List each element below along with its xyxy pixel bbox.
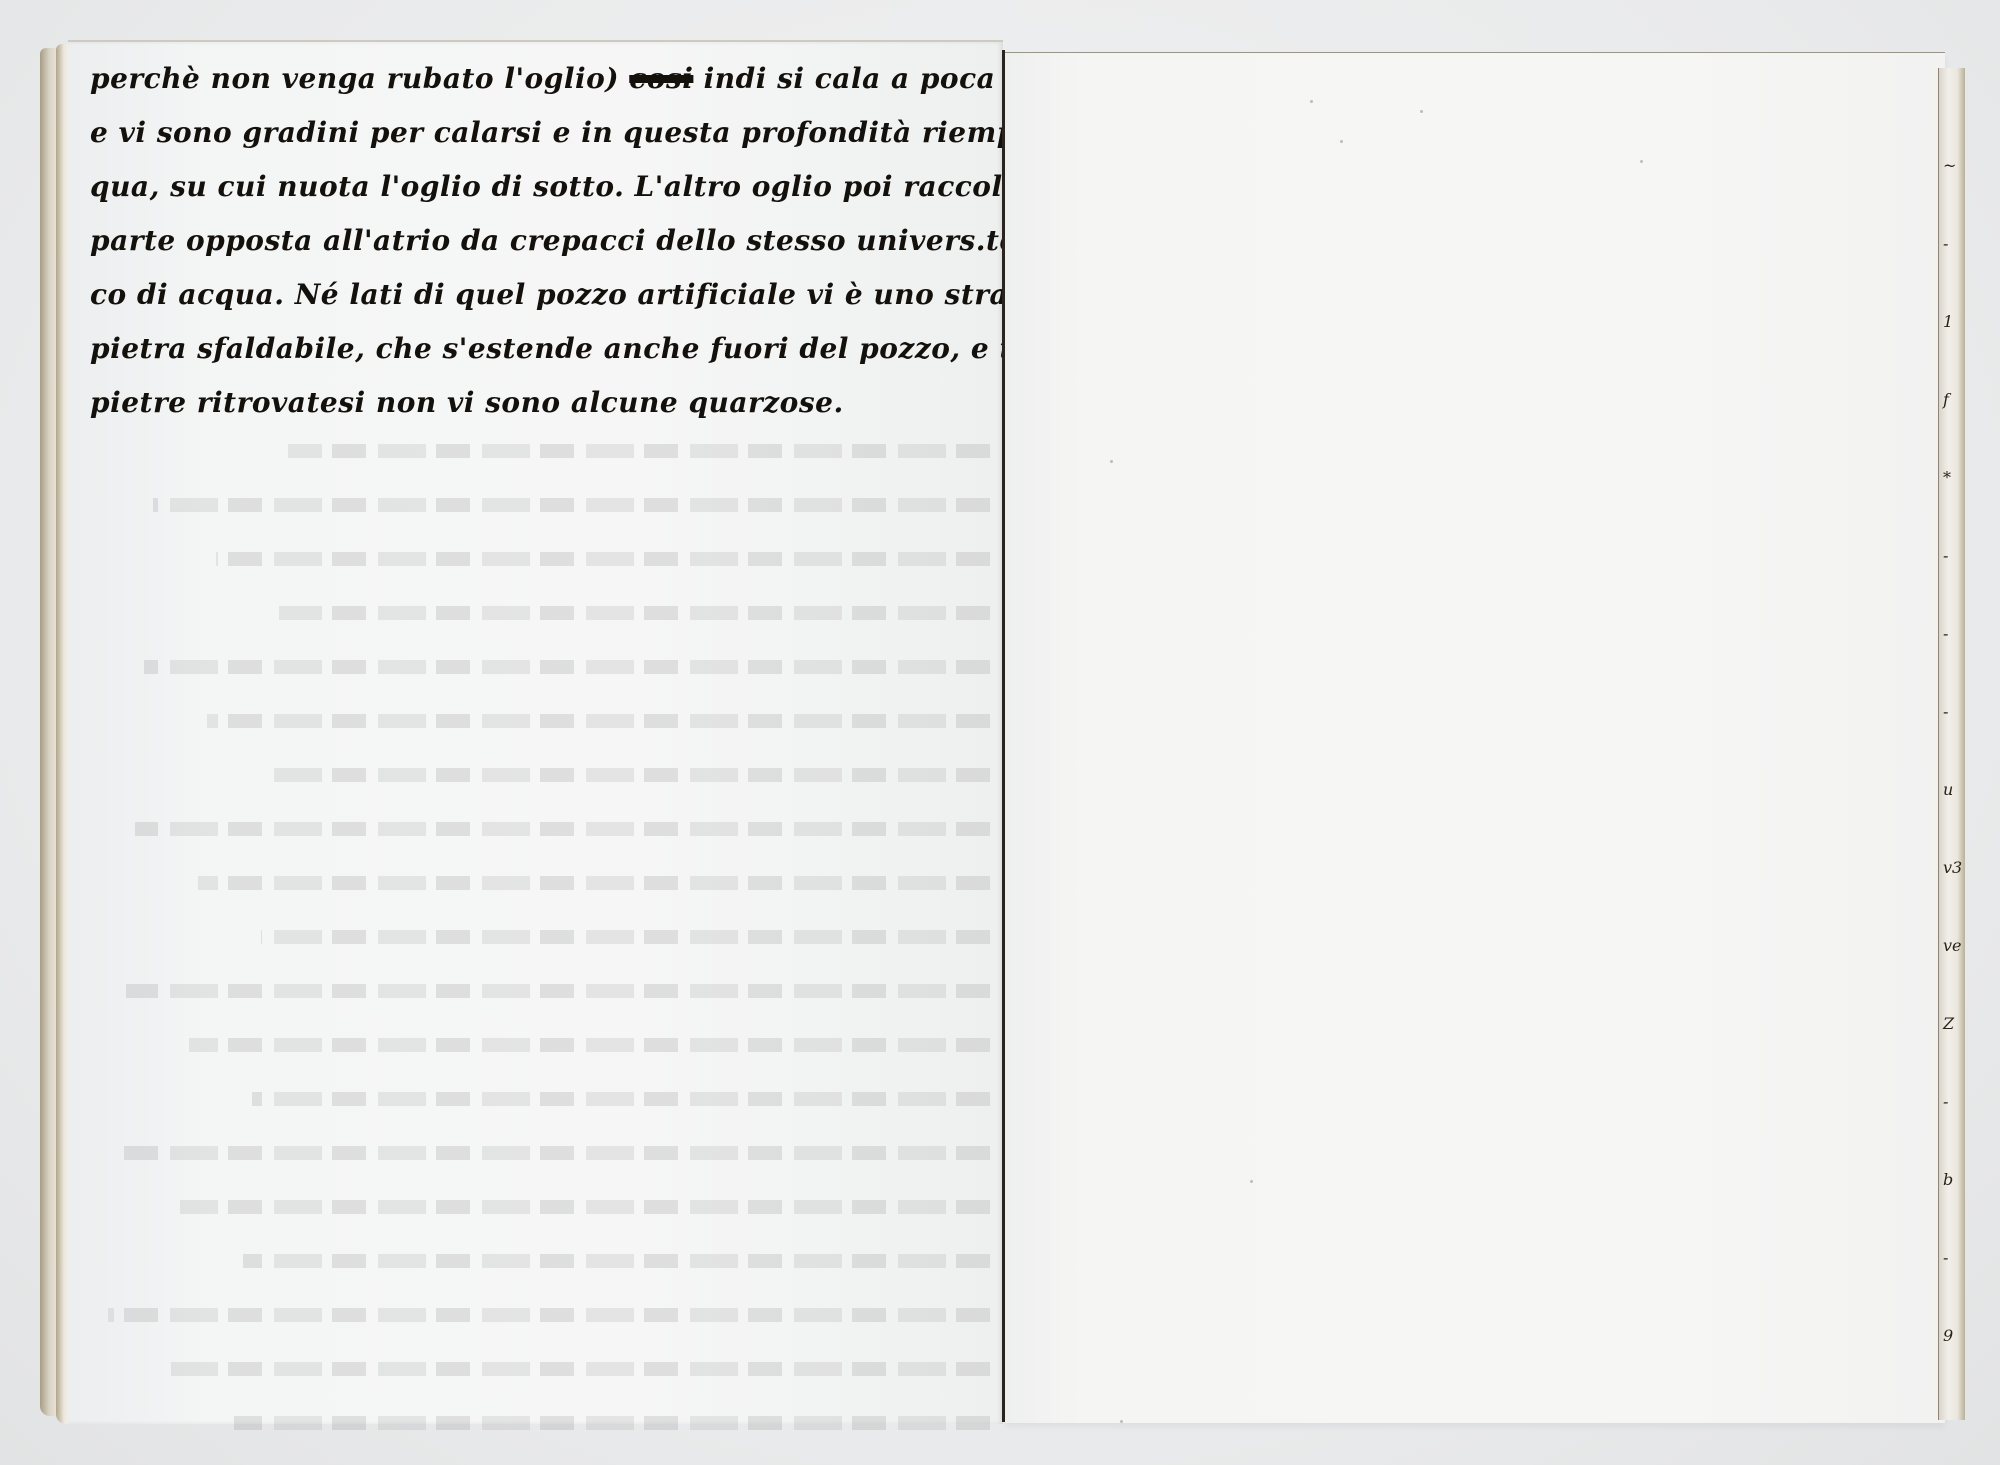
- bleed-through-text: [90, 420, 990, 1446]
- bleed-through-line: [261, 906, 990, 960]
- stub-mark: 9: [1943, 1328, 1953, 1344]
- struck-word: cosi: [629, 62, 693, 95]
- stub-mark: -: [1943, 548, 1948, 564]
- bleed-through-line: [189, 1014, 990, 1068]
- bleed-through-line: [153, 474, 990, 528]
- line-1-text: perchè non venga rubato l'oglio): [90, 62, 619, 95]
- manuscript-text: perchè non venga rubato l'oglio) cosi in…: [90, 52, 1010, 430]
- stub-mark: u: [1943, 782, 1953, 798]
- bleed-through-line: [117, 1122, 990, 1176]
- manuscript-line-5: co di acqua. Né lati di quel pozzo artif…: [90, 268, 1010, 322]
- manuscript-line-1: perchè non venga rubato l'oglio) cosi in…: [90, 52, 1010, 106]
- bleed-through-line: [135, 798, 990, 852]
- bleed-through-line: [198, 852, 990, 906]
- manuscript-line-3: qua, su cui nuota l'oglio di sotto. L'al…: [90, 160, 1010, 214]
- bleed-through-line: [126, 960, 990, 1014]
- stub-mark: ve: [1943, 938, 1962, 954]
- manuscript-line-2: e vi sono gradini per calarsi e in quest…: [90, 106, 1010, 160]
- stub-mark: -: [1943, 1250, 1948, 1266]
- bleed-through-line: [216, 528, 990, 582]
- stub-mark: Z: [1943, 1016, 1954, 1032]
- stub-mark: -: [1943, 236, 1948, 252]
- bleed-through-line: [180, 1176, 990, 1230]
- stub-mark: v3: [1943, 860, 1962, 876]
- stub-mark: ~: [1943, 158, 1956, 174]
- manuscript-line-7: pietre ritrovatesi non vi sono alcune qu…: [90, 376, 1010, 430]
- bleed-through-line: [234, 1392, 990, 1446]
- stub-mark: f: [1943, 392, 1949, 408]
- right-page-blank: [1005, 52, 1945, 1423]
- stub-mark: *: [1943, 470, 1951, 486]
- bleed-through-line: [270, 744, 990, 798]
- manuscript-line-6: pietra sfaldabile, che s'estende anche f…: [90, 322, 1010, 376]
- stub-mark: -: [1943, 626, 1948, 642]
- stub-mark: -: [1943, 704, 1948, 720]
- bleed-through-line: [252, 1068, 990, 1122]
- stub-mark: 1: [1943, 314, 1953, 330]
- right-page-stub-edge: ~-1f*---uv3veZ-b-9: [1938, 68, 1965, 1420]
- bleed-through-line: [144, 636, 990, 690]
- bleed-through-line: [243, 1230, 990, 1284]
- bleed-through-line: [171, 1338, 990, 1392]
- bleed-through-line: [279, 582, 990, 636]
- stub-mark: -: [1943, 1094, 1948, 1110]
- bleed-through-line: [207, 690, 990, 744]
- manuscript-line-4: parte opposta all'atrio da crepacci dell…: [90, 214, 1010, 268]
- stub-mark: b: [1943, 1172, 1953, 1188]
- bleed-through-line: [108, 1284, 990, 1338]
